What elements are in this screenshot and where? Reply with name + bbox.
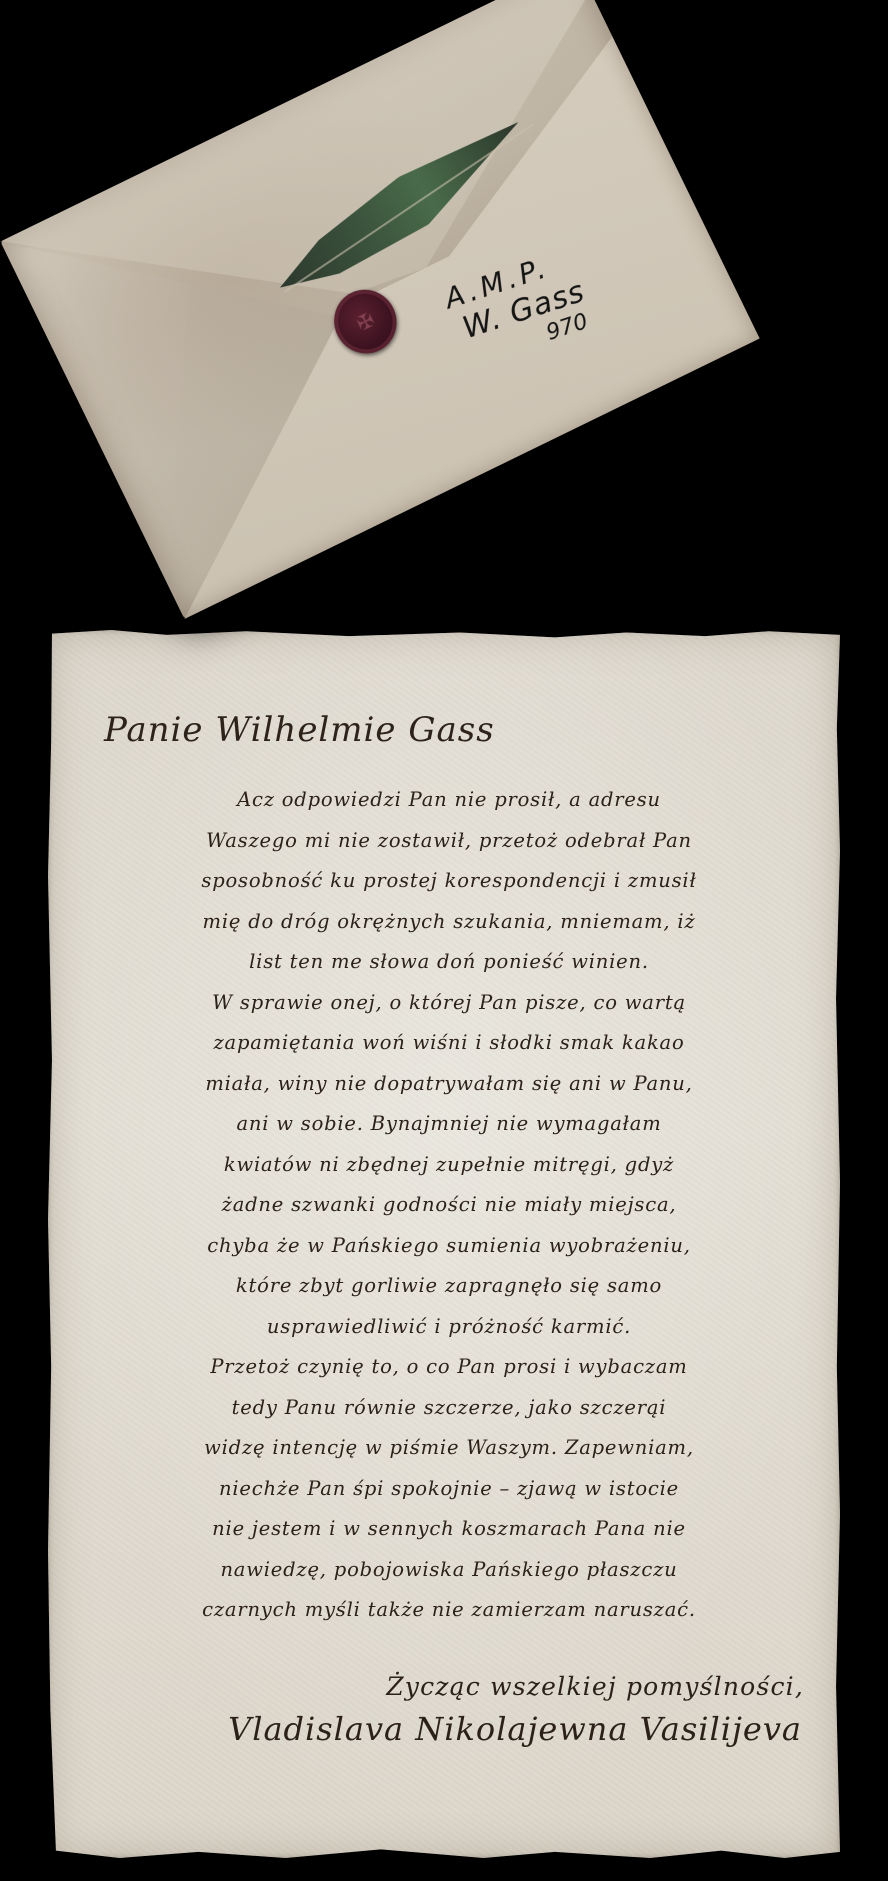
envelope-body: ✠ A.M.P. W. Gass 970 <box>0 0 759 619</box>
letter-body: Acz odpowiedzi Pan nie prosił, a adresu … <box>78 780 820 1631</box>
letter-line: W sprawie onej, o której Pan pisze, co w… <box>78 983 820 1024</box>
letter-line: czarnych myśli także nie zamierzam narus… <box>78 1590 820 1631</box>
letter-line: miała, winy nie dopatrywałam się ani w P… <box>78 1064 820 1105</box>
letter-signature: Vladislava Nikolajewna Vasilijeva <box>228 1710 802 1748</box>
letter-line: Przetoż czynię to, o co Pan prosi i wyba… <box>78 1347 820 1388</box>
letter-line: Waszego mi nie zostawił, przetoż odebrał… <box>78 821 820 862</box>
letter-line: chyba że w Pańskiego sumienia wyobrażeni… <box>78 1226 820 1267</box>
envelope: ✠ A.M.P. W. Gass 970 <box>0 0 759 619</box>
letter-line: żadne szwanki godności nie miały miejsca… <box>78 1185 820 1226</box>
letter-line: nawiedzę, pobojowiska Pańskiego płaszczu <box>78 1550 820 1591</box>
letter-line: które zbyt gorliwie zapragnęło się samo <box>78 1266 820 1307</box>
letter-paper: Panie Wilhelmie Gass Acz odpowiedzi Pan … <box>48 630 840 1858</box>
letter-closing: Życząc wszelkiej pomyślności, <box>386 1672 804 1701</box>
letter-line: widzę intencję w piśmie Waszym. Zapewnia… <box>78 1428 820 1469</box>
letter-line: niechże Pan śpi spokojnie – zjawą w isto… <box>78 1469 820 1510</box>
letter-line: tedy Panu równie szczerze, jako szczerąi <box>78 1388 820 1429</box>
letter-line: mię do dróg okrężnych szukania, mniemam,… <box>78 902 820 943</box>
letter-line: nie jestem i w sennych koszmarach Pana n… <box>78 1509 820 1550</box>
letter-line: zapamiętania woń wiśni i słodki smak kak… <box>78 1023 820 1064</box>
letter-line: sposobność ku prostej korespondencji i z… <box>78 861 820 902</box>
letter-salutation: Panie Wilhelmie Gass <box>104 710 495 750</box>
letter-line: usprawiedliwić i próżność karmić. <box>78 1307 820 1348</box>
letter-line: ani w sobie. Bynajmniej nie wymagałam <box>78 1104 820 1145</box>
letter-line: Acz odpowiedzi Pan nie prosił, a adresu <box>78 780 820 821</box>
letter-line: list ten me słowa doń ponieść winien. <box>78 942 820 983</box>
letter-line: kwiatów ni zbędnej zupełnie mitręgi, gdy… <box>78 1145 820 1186</box>
seal-emblem-icon: ✠ <box>353 307 379 336</box>
